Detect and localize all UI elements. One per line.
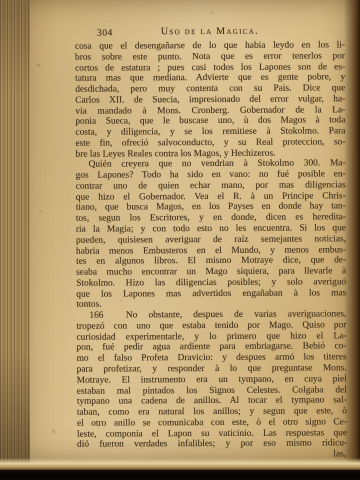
printed-area: 304 Uso de la Magica. cosa que el deseng… xyxy=(75,25,347,462)
page-header: 304 Uso de la Magica. xyxy=(75,25,345,40)
page-right-edge xyxy=(344,0,360,470)
foxing-speck xyxy=(52,430,55,433)
foxing-speck xyxy=(40,210,42,212)
book-photo: 304 Uso de la Magica. cosa que el deseng… xyxy=(0,0,360,480)
text-line: Carlos XII. de Suecia, impresionado del … xyxy=(75,94,345,106)
text-line: Motraye. El instrumento era un tympano, … xyxy=(77,374,347,386)
page-edge-stack xyxy=(0,0,30,470)
text-line: pueden, quisiesen averiguar de raíz seme… xyxy=(76,234,346,246)
text-line: bros sobre este punto. Nota que es error… xyxy=(75,51,345,63)
text-line: este fin, ofreció salvoconducto, y su Re… xyxy=(75,137,345,149)
table-surface xyxy=(0,470,360,480)
book-page: 304 Uso de la Magica. cosa que el deseng… xyxy=(0,0,360,470)
text-line: el otro anillo se comunicaba con este, ò… xyxy=(77,417,347,429)
foxing-speck xyxy=(210,12,213,14)
foxing-speck xyxy=(37,64,40,66)
page-bottom-edge xyxy=(0,458,360,470)
text-line: dió fueron verdades infalibles; y por es… xyxy=(77,439,347,451)
page-text: cosa que el desengañarse de lo que habia… xyxy=(75,40,347,451)
text-line: que los Lapones mas advertidos engañaban… xyxy=(76,288,346,300)
running-title: Uso de la Magica. xyxy=(75,25,345,37)
